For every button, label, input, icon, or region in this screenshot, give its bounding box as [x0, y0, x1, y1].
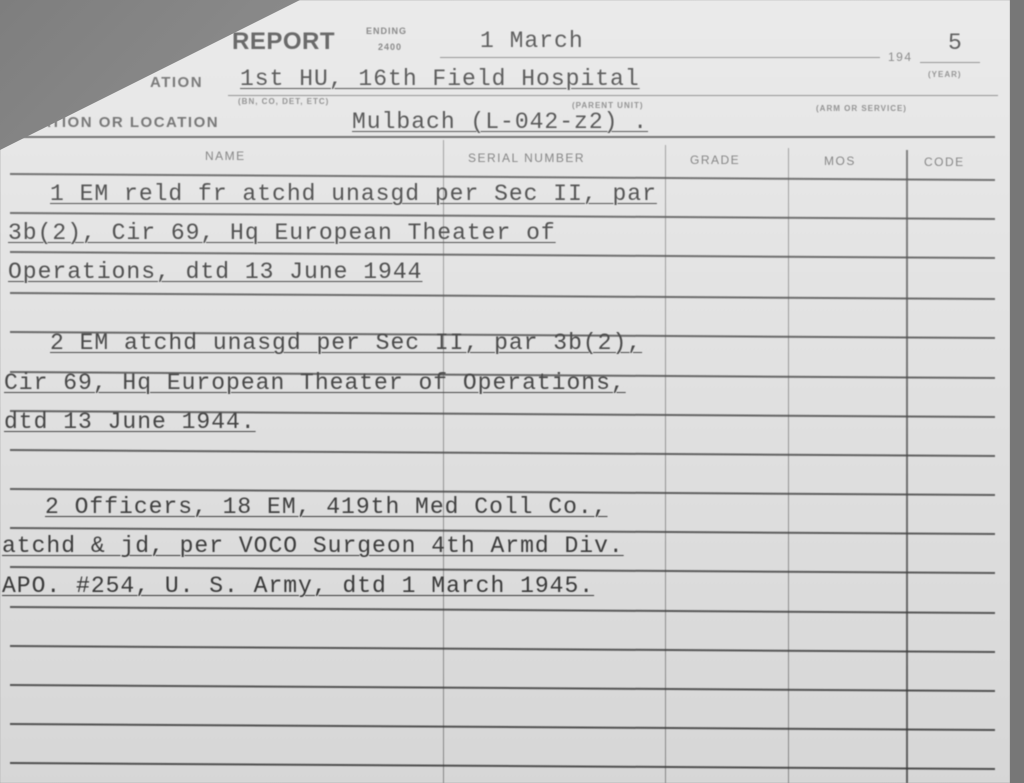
entry-3-line-3: APO. #254, U. S. Army, dtd 1 March 1945. — [2, 573, 594, 599]
entry-1-line-3: Operations, dtd 13 June 1944 — [8, 259, 422, 285]
entry-2-line-3: dtd 13 June 1944. — [4, 409, 256, 435]
code-column-divider — [906, 150, 908, 783]
report-ending-date: 1 March — [480, 28, 584, 54]
column-header-mos: MOS — [824, 154, 856, 168]
form-title: REPORT — [232, 28, 335, 56]
ruled-line — [10, 606, 995, 614]
ruled-line — [10, 684, 995, 692]
ending-sublabel: 2400 — [378, 42, 402, 52]
ending-underline — [440, 57, 880, 58]
entry-2-line-1: 2 EM atchd unasgd per Sec II, par 3b(2), — [50, 330, 642, 356]
entry-2-line-2: Cir 69, Hq European Theater of Operation… — [4, 370, 626, 396]
morning-report-card: REPORT ENDING 2400 1 March 194 5 (YEAR) … — [0, 0, 1010, 783]
year-prefix: 194 — [888, 50, 913, 64]
card-right-edge — [1010, 0, 1024, 783]
organization-value: 1st HU, 16th Field Hospital — [240, 66, 640, 92]
ruled-line — [10, 762, 995, 770]
ruled-line — [10, 645, 995, 653]
year-label: (YEAR) — [928, 70, 962, 79]
column-header-name: NAME — [205, 149, 246, 163]
organization-underline — [228, 95, 998, 96]
entry-3-line-2: atchd & jd, per VOCO Surgeon 4th Armd Di… — [2, 533, 624, 559]
ruled-line — [10, 292, 995, 300]
ending-label: ENDING — [366, 26, 407, 36]
column-header-grade: GRADE — [690, 153, 740, 167]
year-value: 5 — [948, 30, 963, 56]
ruled-line — [10, 212, 995, 220]
ruled-line — [10, 173, 995, 181]
organization-sublabel: (BN, CO, DET, ETC) — [238, 97, 329, 106]
year-underline — [920, 62, 980, 63]
station-value: Mulbach (L-042-z2) . — [352, 109, 648, 135]
entry-3-line-1: 2 Officers, 18 EM, 419th Med Coll Co., — [45, 494, 608, 520]
arm-service-label: (ARM OR SERVICE) — [816, 104, 907, 113]
column-header-serial-number: SERIAL NUMBER — [468, 151, 585, 165]
column-divider — [788, 148, 789, 783]
ruled-line — [10, 449, 995, 457]
station-underline — [20, 136, 995, 138]
organization-label: ATION — [150, 74, 203, 91]
column-header-code: CODE — [924, 155, 965, 169]
entry-1-line-1: 1 EM reld fr atchd unasgd per Sec II, pa… — [50, 181, 657, 207]
ruled-line — [10, 723, 995, 731]
entry-1-line-2: 3b(2), Cir 69, Hq European Theater of — [8, 220, 556, 246]
ruled-line — [10, 251, 995, 259]
